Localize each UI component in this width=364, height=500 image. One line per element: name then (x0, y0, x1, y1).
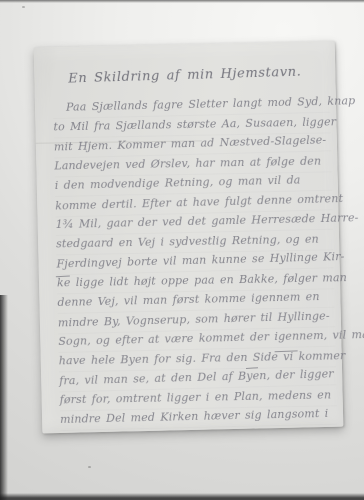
scan-edge-bottom (0, 493, 364, 500)
dust-speck (88, 466, 91, 468)
scan-edge-top (0, 0, 364, 3)
manuscript-page: En Skildring af min Hjemstavn. Paa Sjæll… (34, 41, 344, 434)
manuscript-body: Paa Sjællands fagre Sletter langt mod Sy… (53, 93, 337, 431)
scan-edge-left (0, 295, 8, 500)
dust-speck (22, 6, 25, 8)
scanned-document-photo: En Skildring af min Hjemstavn. Paa Sjæll… (0, 0, 364, 500)
manuscript-title: En Skildring af min Hjemstavn. (34, 64, 335, 88)
